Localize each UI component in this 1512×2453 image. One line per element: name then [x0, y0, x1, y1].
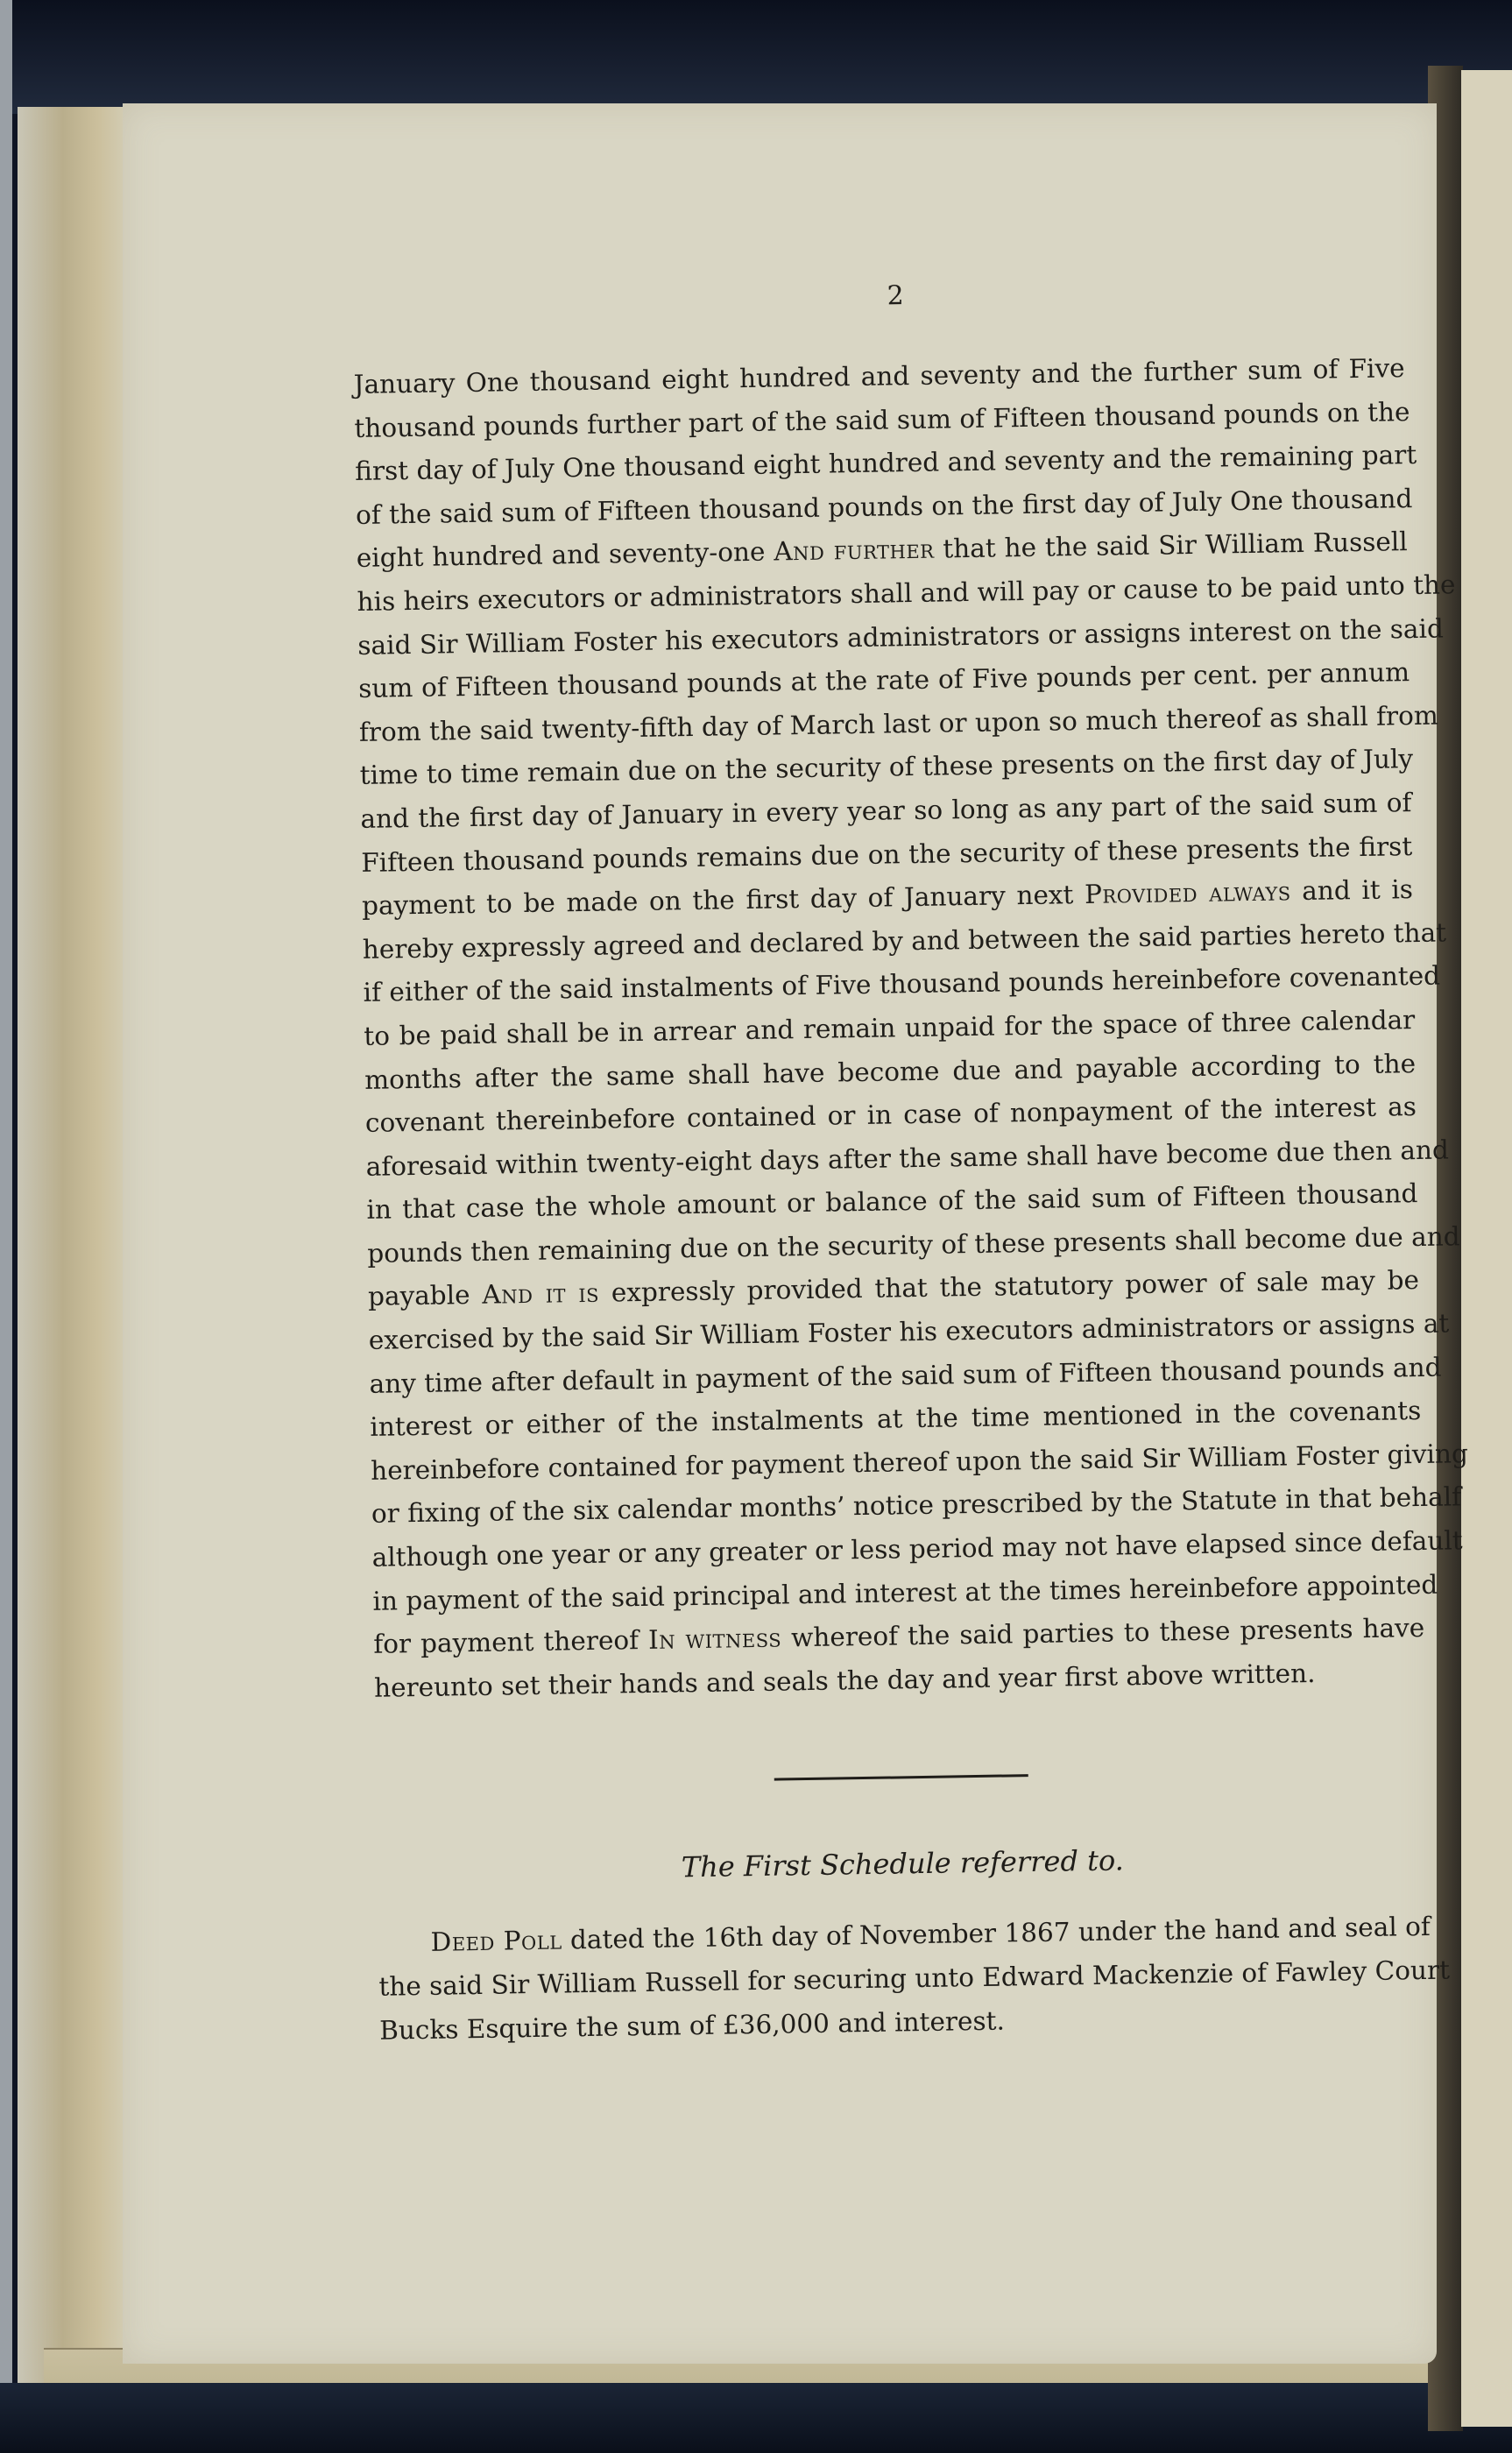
small-caps-phrase: And it is [482, 1278, 599, 1310]
scan-border [0, 0, 12, 2453]
adjacent-page-edge [1461, 70, 1512, 2427]
page-text-block: 2 January One thousand eight hundred and… [352, 272, 1431, 2053]
section-divider-rule [774, 1774, 1028, 1781]
small-caps-phrase: And further [774, 534, 935, 567]
small-caps-phrase: In witness [648, 1623, 782, 1655]
small-caps-phrase: Provided always [1085, 876, 1291, 909]
schedule-heading: The First Schedule referred to. [377, 1839, 1428, 1889]
deed-body-paragraph: January One thousand eight hundred and s… [353, 347, 1425, 1710]
page-stack-edge [18, 107, 131, 2402]
schedule-paragraph: Deed Poll dated the 16th day of November… [378, 1905, 1431, 2053]
book-binding-top [0, 0, 1512, 114]
book-binding-bottom [0, 2383, 1512, 2453]
small-caps-phrase: Deed Poll [430, 1926, 562, 1957]
